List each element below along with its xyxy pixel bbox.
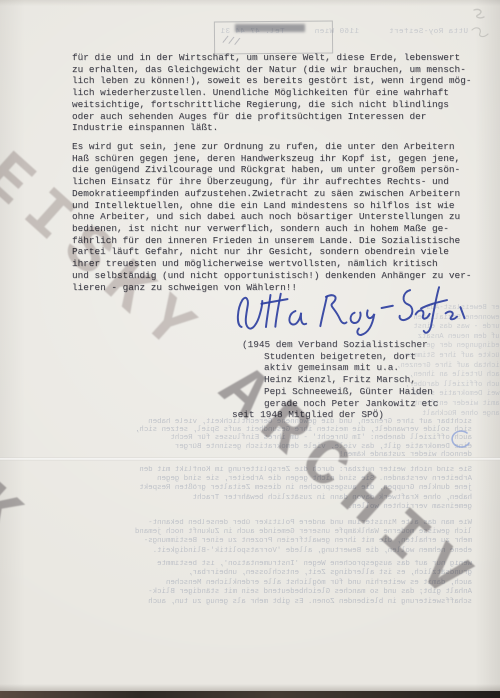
bleedthrough-stamp-smudge	[235, 24, 305, 32]
bleedthrough-line: haben, ohne Kraftwerk davon dann in zusä…	[30, 494, 472, 503]
typed-line: aktiv gemeinsam mit u.a.	[264, 362, 438, 374]
typed-line: oder auch sehenden Auges für die profits…	[72, 111, 471, 123]
typed-line: fährlich für den inneren Frieden in unse…	[72, 235, 471, 247]
typed-line: (1945 dem Verband Sozialistischer	[242, 339, 438, 351]
body-paragraph-2: Es wird gut sein, jene zur Ordnung zu ru…	[72, 141, 471, 293]
typed-line: lich wiederherzustellen. Unendliche Mögl…	[72, 87, 471, 99]
typed-line: Pepi Schneeweiß, Günter Haiden	[264, 386, 438, 398]
bleedthrough-line: schaffsweiterung in bleibenden Zonen. Es…	[30, 598, 472, 607]
bleedthrough-line: gemeinsam verrichten wollen.	[30, 503, 472, 512]
bleedthrough-line: wenig nur auf das ausgesprochene Wegen '…	[30, 560, 472, 569]
typed-line: die genügend Zivilcourage und Rückgrat h…	[72, 164, 471, 176]
scan-edge	[0, 691, 500, 698]
bleedthrough-line: Wie man das alte Ministerium und andere …	[30, 519, 472, 528]
bleedthrough-line: mehr zu erhalten, die mit ihren gewaltfr…	[30, 537, 472, 546]
bleedthrough-block: Wie man das alte Ministerium und andere …	[30, 519, 472, 556]
bleedthrough-line: lich gewisse moderne Wahlkämpfe unserer …	[30, 528, 472, 537]
bleedthrough-block: sichtbar auf ihre Grenzen, und die gewon…	[28, 418, 472, 459]
paper-page: Utta Roy-Seifert 1160 Wien Tel. 47 44 31…	[0, 0, 500, 698]
scanned-letter-screenshot: { "document": { "kind": "scanned typewri…	[0, 0, 500, 698]
bleedthrough-line: Anhalt gibt; das und so manches Gleichbe…	[30, 588, 472, 597]
typed-line: bedienen, ist nicht nur verwerflich, son…	[72, 223, 471, 235]
typed-line: ohne Arbeiter, und sich dabei auch noch …	[72, 211, 471, 223]
typed-line: gerade noch Peter Jankowitz etc	[264, 398, 438, 410]
typed-line: Es wird gut sein, jene zur Ordnung zu ru…	[72, 141, 471, 153]
typed-line: zu erhalten, das Gleichgewicht der Natur…	[72, 64, 471, 76]
pencil-mark	[464, 4, 496, 48]
signature-autograph	[227, 278, 469, 346]
bleedthrough-block: Sie sind nicht weiter nutzbar: durch die…	[30, 466, 472, 512]
body-paragraph-1: für die und in der Wirtschaft, um unsere…	[72, 52, 471, 134]
bleedthrough-line: jene dunklen Gruppen, die ausgesprochen …	[30, 484, 472, 493]
typed-line: seit 1948 Mitglied der SPÖ)	[232, 409, 438, 421]
typed-line: für die und in der Wirtschaft, um unsere…	[72, 52, 471, 64]
bleedthrough-line: grundsätzlich, es ist allerdings Zeit, e…	[30, 569, 472, 578]
bleedthrough-block: wenig nur auf das ausgesprochene Wegen '…	[30, 560, 472, 607]
typed-line: lichen Einsatz für ihre Überzeugung, für…	[72, 176, 471, 188]
bleedthrough-line: eine Demokratie gilt, das viele, viele d…	[28, 443, 472, 451]
bleedthrough-line: sich solide verwandelt, die meisten ihre…	[28, 426, 472, 434]
watermark-fragment: K	[0, 470, 33, 552]
bleedthrough-line: Arbeitern verstanden. Sie sind nicht geg…	[30, 475, 472, 484]
bleedthrough-line: auch offiziell daneben: 'Im Unrecht' - u…	[28, 434, 472, 442]
bleedthrough-line: Sie sind nicht weiter nutzbar: durch die…	[30, 466, 472, 475]
typed-line: und Intellektuellen, ohne die ein Land m…	[72, 200, 471, 212]
typed-line: lich leben zu können!), soweit es bereit…	[72, 75, 471, 87]
typed-line: Studenten beigetreten, dort	[264, 351, 438, 363]
typed-line: weitsichtige, fortschrittliche Regierung…	[72, 99, 471, 111]
typed-line: Partei läuft Gefahr, nicht nur ihr Gesic…	[72, 246, 471, 258]
typed-line: Industrie einspannen läßt.	[72, 122, 471, 134]
typed-line: Heinz Kienzl, Fritz Marsch,	[264, 374, 438, 386]
blue-pen-circle	[446, 428, 474, 452]
bleedthrough-line: ebene nehmen wollen, die Bewertung, alle…	[30, 547, 472, 556]
bleedthrough-line: auch, damit es weiterhin und für möglich…	[30, 579, 472, 588]
typed-line: ihrer treuesten und möglicherweise wertv…	[72, 258, 471, 270]
typed-line: Haß schüren gegen jene, deren Handwerksz…	[72, 153, 471, 165]
signature-strokes	[227, 278, 469, 346]
typed-line: Demokratieempfinden aufzustehen.Zwietrac…	[72, 188, 471, 200]
annotation-block: (1945 dem Verband SozialistischerStudent…	[232, 339, 438, 421]
fold-crease	[0, 457, 500, 461]
